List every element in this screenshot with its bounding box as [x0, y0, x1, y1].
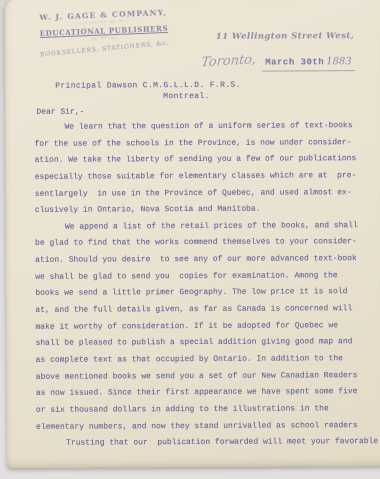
letter-paper: W. J. GAGE & COMPANY, -·~·—·~~·—·~·- EDU… — [5, 0, 380, 468]
scanner-background: W. J. GAGE & COMPANY, -·~·—·~~·—·~·- EDU… — [0, 0, 380, 479]
letterhead-street-address: 11 Wellington Street West, — [201, 31, 369, 42]
dateline-city: Toronto, — [200, 52, 257, 70]
letter-body-line: We append a list of the retail prices of… — [35, 218, 368, 236]
salutation: Dear Sir,- — [36, 108, 84, 117]
letter-body-line: clusively in Ontario, Nova Scotia and Ma… — [35, 201, 368, 219]
dateline-date-stamp: March 30th — [265, 57, 324, 67]
letter-body-line: as complete text as that occupied by Ont… — [36, 351, 369, 369]
letter-body-line: we shall be glad to send you copies for … — [35, 268, 368, 286]
letter-body-line: sentlargely in use in the Province of Qu… — [35, 185, 368, 203]
letterhead-stamp: W. J. GAGE & COMPANY, -·~·—·~~·—·~·- EDU… — [24, 7, 184, 55]
letter-body-line: for the use of the schools in the Provin… — [34, 135, 367, 153]
letter-body-line: ation. Should you desire to see any of o… — [35, 251, 368, 269]
dateline-year: 1883 — [326, 56, 352, 67]
dateline: Toronto,March 30th1883 — [201, 51, 355, 72]
recipient-city: Montreal. — [163, 92, 209, 101]
letter-body-line: We learn that the question of a uniform … — [34, 118, 367, 136]
letter-body-line: especially those suitable for elementary… — [35, 168, 368, 186]
dateline-date-group: March 30th1883 — [262, 51, 355, 71]
letter-body-line: ation. We take the liberty of sending yo… — [35, 151, 368, 169]
letter-body-line: Trusting that our publication forwarded … — [36, 434, 369, 452]
recipient-name: Principal Dawson C.M.G.L.L.D. F.R.S. — [55, 81, 240, 91]
letter-body-line: as now issued. Since their first appeara… — [36, 384, 369, 402]
letter-body-line: make it worthy of consideration. If it b… — [35, 318, 368, 336]
letter-body-line: books we send a little primer Geography.… — [35, 284, 368, 302]
letter-body-line: at, and the full details given, as far a… — [35, 301, 368, 319]
letter-body-line: shall be pleased to publish a special ad… — [36, 334, 369, 352]
letter-body-line: or six thousand dollars in adding to the… — [36, 401, 369, 419]
letter-body-line: above mentioned books we send you a set … — [36, 368, 369, 386]
letter-body-line: elementary numbers, and now they stand u… — [36, 418, 369, 436]
letter-body: We learn that the question of a uniform … — [34, 118, 369, 453]
letter-body-line: be glad to find that the works commend t… — [35, 235, 368, 253]
